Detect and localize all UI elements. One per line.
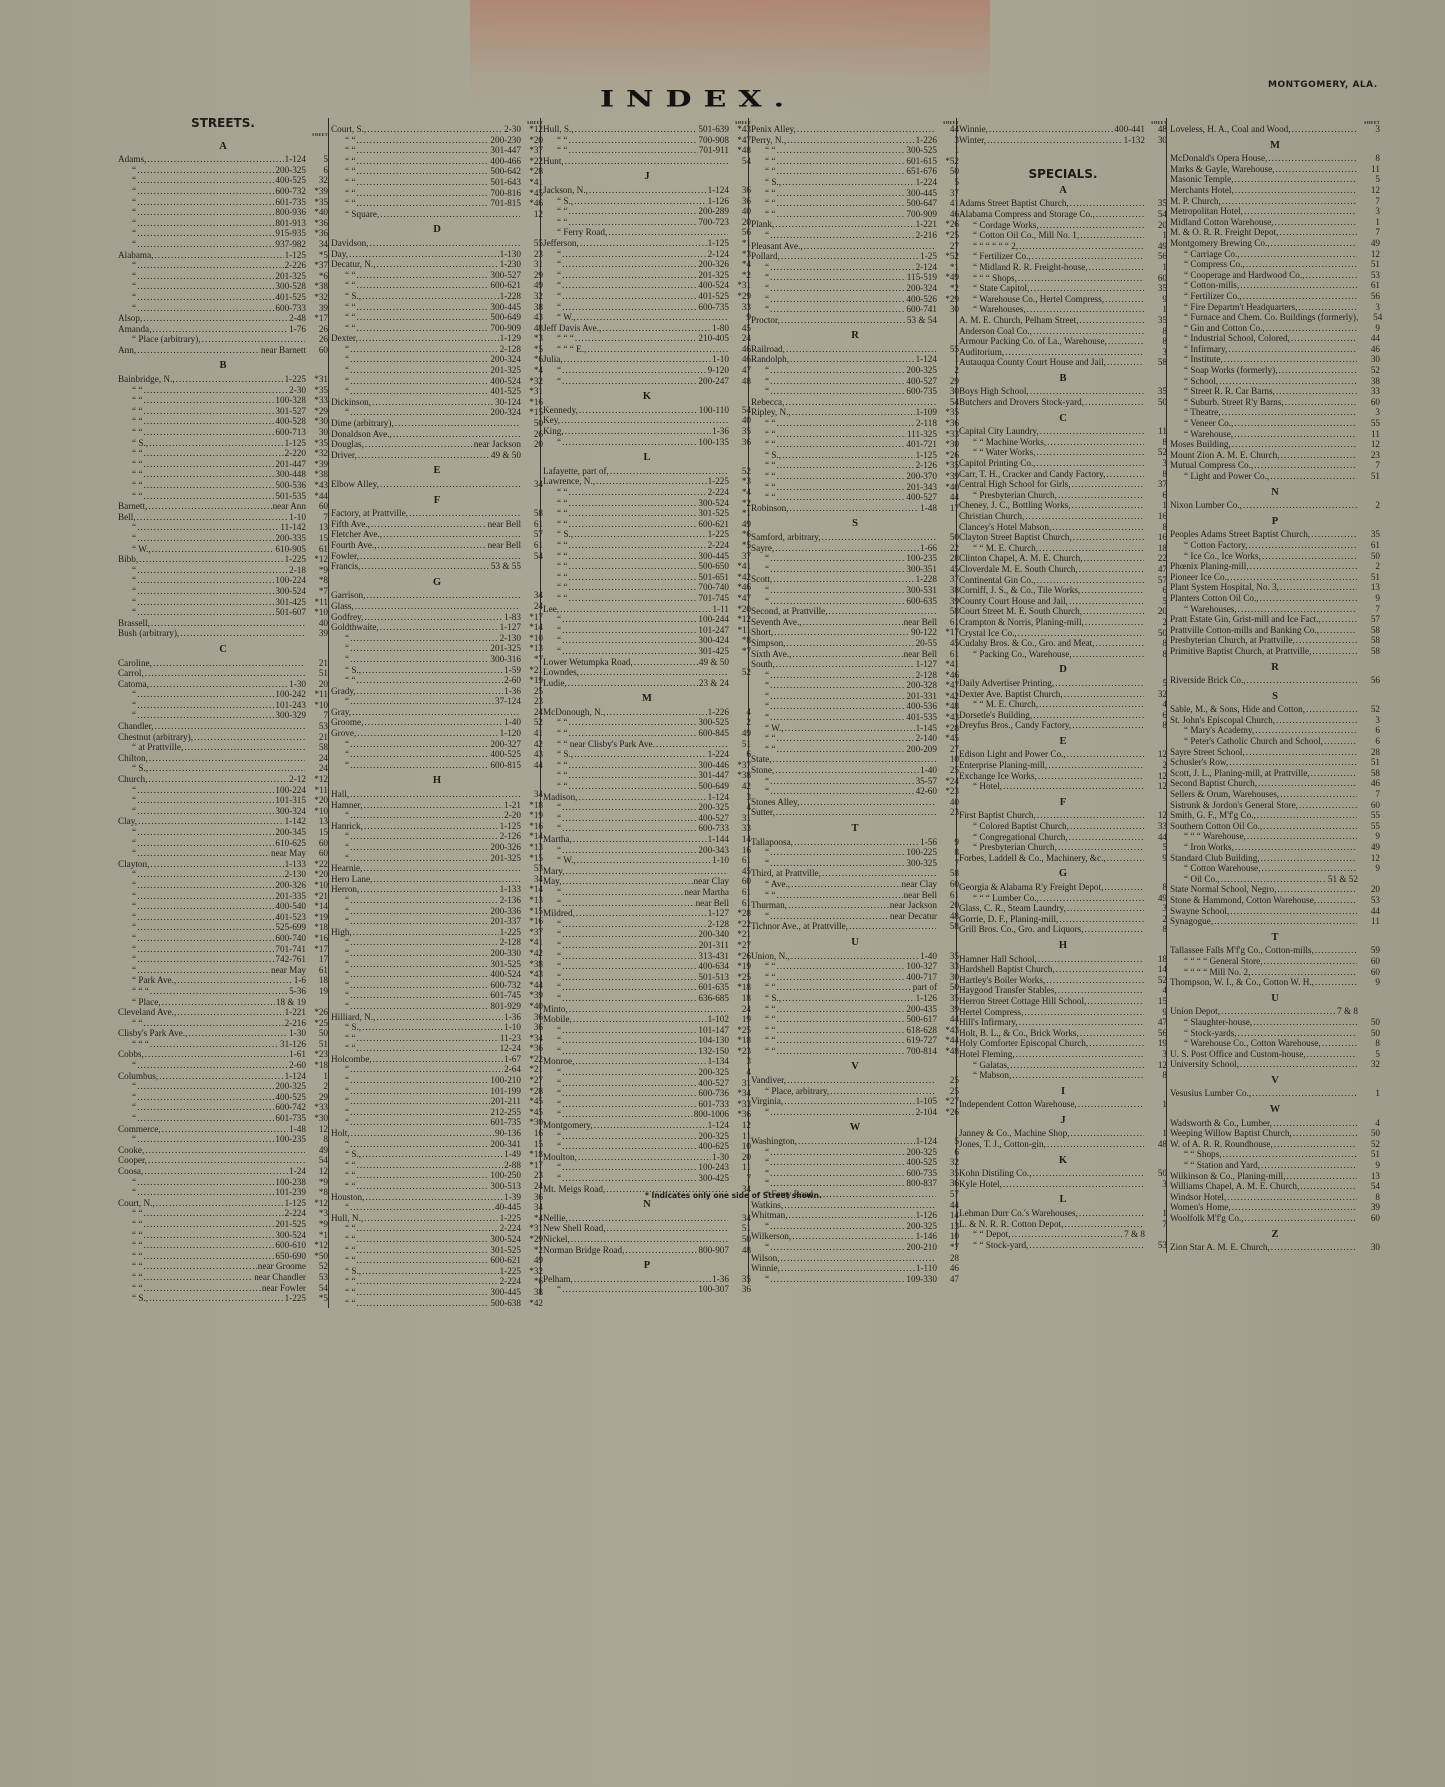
leader-dots — [776, 744, 905, 755]
index-row: “201-325*13 — [331, 643, 543, 654]
entry-name: Gorrie, D. F., Planing-mill, — [959, 914, 1058, 925]
entry-name: “ “ — [118, 406, 142, 417]
sheet-number: 44 — [1358, 906, 1380, 917]
entry-name: Wilson, — [751, 1253, 779, 1264]
entry-name: Cooke, — [118, 1145, 144, 1156]
leader-dots — [562, 646, 697, 657]
index-row: “ “500-642*28 — [331, 166, 543, 177]
sheet-number: 15 — [306, 827, 328, 838]
leader-dots — [1273, 1118, 1357, 1129]
leader-dots — [137, 912, 274, 923]
leader-dots — [1235, 174, 1358, 185]
leader-dots — [770, 1147, 905, 1158]
index-row: Clay,1-14213 — [118, 816, 328, 827]
entry-name: “ Place, — [118, 997, 161, 1008]
index-row: Lowndes,52 — [543, 667, 751, 678]
entry-name: “ — [331, 654, 349, 665]
address-range: 600-742 — [275, 1102, 306, 1113]
letter-heading: J — [959, 1116, 1167, 1127]
entry-name: Tallapoosa, — [751, 837, 793, 848]
entry-name: “ — [543, 813, 561, 824]
address-range: 100-238 — [275, 1177, 306, 1188]
index-row: “200-324*2 — [751, 283, 959, 294]
address-range: 2-136 — [500, 895, 521, 906]
index-row: “2-128*5 — [331, 344, 543, 355]
index-row: “ “near Groome52 — [118, 1261, 328, 1272]
index-row: “200-3254 — [543, 1067, 751, 1078]
leader-dots — [1087, 996, 1144, 1007]
index-row: “ Hotel,12 — [959, 781, 1167, 792]
section-heading: STREETS. — [118, 118, 328, 129]
letter-heading: H — [959, 941, 1167, 952]
leader-dots — [776, 492, 905, 503]
entry-name: “ — [331, 853, 349, 864]
leader-dots — [355, 601, 520, 612]
leader-dots — [1030, 386, 1144, 397]
address-range: 2-128 — [500, 344, 521, 355]
entry-name: “ “ — [118, 1018, 142, 1029]
entry-name: “ — [118, 710, 136, 721]
leader-dots — [562, 1025, 697, 1036]
leader-dots — [356, 198, 489, 209]
entry-name: “ — [331, 969, 349, 980]
address-range: 100-135 — [698, 437, 729, 448]
address-range: 132-150 — [698, 1046, 729, 1057]
leader-dots — [356, 302, 489, 313]
sheet-number: *39 — [306, 459, 328, 470]
leader-dots — [562, 919, 706, 930]
index-row: Factory, at Prattville,58 — [331, 508, 543, 519]
letter-heading: B — [959, 374, 1167, 385]
entry-name: “ — [118, 869, 136, 880]
leader-dots — [1030, 283, 1144, 294]
leader-dots — [137, 186, 274, 197]
leader-dots — [574, 196, 706, 207]
address-range: 1-228 — [916, 574, 937, 585]
entry-name: “ “ “ “ General Store, — [1170, 956, 1263, 967]
sheet-number — [1358, 874, 1380, 885]
leader-dots — [1280, 450, 1357, 461]
leader-dots — [789, 1210, 915, 1221]
leader-dots — [1271, 238, 1357, 249]
leader-dots — [562, 302, 697, 313]
entry-name: “ S., — [543, 529, 573, 540]
address-range: 2-130 — [500, 633, 521, 644]
leader-dots — [562, 270, 697, 281]
index-row: McDonough, N.,1-2264 — [543, 707, 751, 718]
index-row: “201-331*42 — [751, 691, 959, 702]
address-range: 1-125 — [708, 238, 729, 249]
leader-dots — [380, 479, 520, 490]
index-row: “200-34316 — [543, 845, 751, 856]
leader-dots — [568, 551, 697, 562]
index-row: “115-519*49 — [751, 272, 959, 283]
entry-name: “ “ — [751, 1014, 775, 1025]
index-row: “9-12047 — [543, 365, 751, 376]
sheet-number: 60 — [306, 345, 328, 356]
leader-dots — [360, 884, 498, 895]
entry-name: “ “ Station and Yard, — [1170, 1160, 1260, 1171]
index-row: “ S.,1-125*35 — [118, 438, 328, 449]
leader-dots — [1073, 649, 1144, 660]
index-row: “100-242*11 — [118, 689, 328, 700]
entry-name: “ Theatre, — [1170, 407, 1221, 418]
entry-name: Gray, — [331, 707, 351, 718]
entry-name: “ — [118, 586, 136, 597]
index-row: Minto,24 — [543, 1004, 751, 1015]
leader-dots — [350, 365, 489, 376]
address-range: 1-225 — [708, 476, 729, 487]
letter-heading: U — [1170, 994, 1380, 1005]
index-row: “ “300-44537 — [543, 551, 751, 562]
entry-name: “ — [118, 1092, 136, 1103]
leader-dots — [1039, 699, 1144, 710]
entry-name: “ — [331, 906, 349, 917]
entry-name: U. S. Post Office and Custom-house, — [1170, 1049, 1306, 1060]
index-row: “600-73530 — [751, 386, 959, 397]
leader-dots — [797, 124, 936, 135]
leader-dots — [1047, 1139, 1144, 1150]
index-row: Mobile,1-10219 — [543, 1014, 751, 1025]
address-range: 1-226 — [916, 135, 937, 146]
index-row: “ S.,1-225*6 — [543, 529, 751, 540]
leader-dots — [573, 1014, 707, 1025]
entry-name: Thurman, — [751, 900, 787, 911]
index-row: Presbyterian Church, at Prattville,58 — [1170, 635, 1380, 646]
leader-dots — [1234, 418, 1357, 429]
address-range: 11-23 — [500, 1033, 521, 1044]
leader-dots — [566, 866, 728, 877]
streets-column-2: SHEETCourt, S.,2-30*12“ “200-230*20“ “30… — [328, 118, 543, 1308]
index-row: Barnett,near Ann60 — [118, 501, 328, 512]
sheet-number: 13 — [306, 522, 328, 533]
sheet-number: 51 — [1358, 757, 1380, 768]
leader-dots — [579, 405, 698, 416]
index-row: “ Compress Co.,51 — [1170, 259, 1380, 270]
index-row: Jackson, N.,1-12436 — [543, 185, 751, 196]
index-row: “200-3256 — [118, 165, 328, 176]
entry-name: “ — [118, 228, 136, 239]
entry-name: “ “ — [751, 418, 775, 429]
leader-dots — [770, 1178, 905, 1189]
index-row: Simpson,20-5545 — [751, 638, 959, 649]
leader-dots — [367, 124, 503, 135]
index-row: “610-62560 — [118, 838, 328, 849]
sheet-number: 16 — [1145, 511, 1167, 522]
leader-dots — [137, 869, 283, 880]
entry-name: “ “ — [331, 675, 355, 686]
index-row: Montgomery,1-12412 — [543, 1120, 751, 1131]
leader-dots — [364, 717, 503, 728]
index-row: Holt,90-13616 — [331, 1128, 543, 1139]
leader-dots — [776, 1004, 905, 1015]
entry-name: Monroe, — [543, 1056, 574, 1067]
address-range: 1-36 — [712, 426, 729, 437]
index-row: Winter,1-13230 — [959, 135, 1167, 146]
sheet-number: *3 — [306, 1208, 328, 1219]
entry-name: “ S., — [751, 177, 781, 188]
leader-dots — [1317, 895, 1357, 906]
sheet-number: 52 — [1358, 704, 1380, 715]
entry-name: Houston, — [331, 1192, 364, 1203]
address-range: 2-226 — [285, 260, 306, 271]
index-row: “ “ near Clisby's Park Ave.51 — [543, 739, 751, 750]
entry-name: “ “ — [331, 1043, 355, 1054]
entry-name: “ — [331, 760, 349, 771]
index-row: Dime (arbitrary),50 — [331, 418, 543, 429]
sheet-number: *5 — [306, 250, 328, 261]
leader-dots — [587, 344, 728, 355]
leader-dots — [184, 742, 305, 753]
entry-name: “ “ — [118, 427, 142, 438]
index-row: Kennedy,100-11054 — [543, 405, 751, 416]
entry-name: “ Warehouse, — [1170, 429, 1233, 440]
leader-dots — [562, 845, 697, 856]
sheet-number: 47 — [1145, 1017, 1167, 1028]
index-row: M. P. Church,7 — [1170, 196, 1380, 207]
index-row: Holcombe,1-67*22 — [331, 1054, 543, 1065]
entry-name: “ — [331, 407, 349, 418]
address-range: 400-441 — [1114, 124, 1145, 135]
index-row: Butchers and Drovers Stock-yard,50 — [959, 397, 1167, 408]
index-row: Janney & Co., Machine Shop,1 — [959, 1128, 1167, 1139]
index-row: Union, N.,1-4035 — [751, 951, 959, 962]
index-row: Wilson,28 — [751, 1253, 959, 1264]
address-range: 1-25 — [920, 251, 937, 262]
address-range: 109-330 — [906, 1274, 937, 1285]
entry-name: “ Oil Co., — [1170, 874, 1220, 885]
section-heading: SPECIALS. — [959, 169, 1167, 180]
sheet-number: 61 — [1358, 280, 1380, 291]
sheet-number: 33 — [1358, 386, 1380, 397]
sheet-number: *36 — [306, 228, 328, 239]
index-row: Madison,1-1243 — [543, 792, 751, 803]
address-range: 2-126 — [916, 460, 937, 471]
sheet-number: 8 — [1145, 469, 1167, 480]
entry-name: Scott, — [751, 574, 772, 585]
entry-name: McDonough, N., — [543, 707, 605, 718]
leader-dots — [1047, 437, 1144, 448]
entry-name: “ Gin and Cotton Co., — [1170, 323, 1265, 334]
sheet-number: 61 — [1358, 540, 1380, 551]
sheet-number: 54 — [1358, 1181, 1380, 1192]
sheet-number: 40 — [306, 618, 328, 629]
entry-name: Grill Bros. Co., Gro. and Liquors, — [959, 924, 1084, 935]
index-row: Glass,24 — [331, 601, 543, 612]
leader-dots — [568, 540, 706, 551]
index-row: “ Square,12 — [331, 209, 543, 220]
sheet-number: 35 — [1145, 198, 1167, 209]
address-range: 1-125 — [500, 821, 521, 832]
index-row: “ S.,1-49*18 — [331, 1149, 543, 1160]
entry-name: “ — [331, 1096, 349, 1107]
entry-name: “ — [118, 1134, 136, 1145]
index-row: Edison Light and Power Co.,12 — [959, 749, 1167, 760]
sheet-number: 5 — [1145, 596, 1167, 607]
index-row: “201-325*15 — [331, 853, 543, 864]
leader-dots — [1322, 1038, 1357, 1049]
leader-dots — [143, 459, 274, 470]
entry-name: “ — [751, 847, 769, 858]
index-row: “601-745*39 — [331, 990, 543, 1001]
index-row: Chandler,53 — [118, 721, 328, 732]
entry-name: Winter, — [959, 135, 986, 146]
entry-name: Key, — [543, 415, 560, 426]
index-row: Court, S.,2-30*12 — [331, 124, 543, 135]
entry-name: “ “ — [118, 1272, 142, 1283]
index-row: Windsor Hotel,8 — [1170, 1192, 1380, 1203]
leader-dots — [365, 1192, 503, 1203]
entry-name: “ — [751, 1107, 769, 1118]
sheet-number: 2 — [1358, 500, 1380, 511]
entry-name: “ “ — [118, 469, 142, 480]
entry-name: “ — [118, 1113, 136, 1124]
index-row: “near May60 — [118, 848, 328, 859]
address-range: 200-325 — [275, 1081, 306, 1092]
index-row: “ “600-62149 — [331, 280, 543, 291]
sheet-number: *10 — [306, 880, 328, 891]
index-row: “ “300-44538 — [331, 1287, 543, 1298]
letter-heading: R — [751, 331, 959, 342]
address-range: 1-124 — [708, 792, 729, 803]
entry-name: Anderson Coal Co., — [959, 326, 1032, 337]
index-row: “ “2-60*19 — [331, 675, 543, 686]
entry-name: “ “ — [331, 1276, 355, 1287]
leader-dots — [816, 1189, 936, 1200]
index-row: “ “400-71730 — [751, 972, 959, 983]
index-row: “300-316*7 — [331, 654, 543, 665]
leader-dots — [770, 786, 914, 797]
leader-dots — [370, 238, 520, 249]
entry-name: “ “ — [751, 744, 775, 755]
address-range: 801-913 — [275, 218, 306, 229]
entry-name: “ “ Depot, — [959, 1229, 1011, 1240]
leader-dots — [770, 1168, 905, 1179]
address-range: 400-527 — [698, 813, 729, 824]
entry-name: Francis, — [331, 561, 360, 572]
entry-name: “ “ — [751, 492, 775, 503]
entry-name: Zion Star A. M. E. Church, — [1170, 1242, 1270, 1253]
entry-name: Enterprise Planing-mill, — [959, 760, 1047, 771]
leader-dots — [774, 627, 910, 638]
leader-dots — [1245, 1213, 1357, 1224]
address-range: 1-56 — [920, 837, 937, 848]
leader-dots — [350, 407, 489, 418]
entry-name: “ “ — [331, 323, 355, 334]
address-range: 301-425 — [275, 597, 306, 608]
leader-dots — [773, 574, 914, 585]
sheet-number: *37 — [306, 260, 328, 271]
entry-name: “ — [331, 980, 349, 991]
entry-name: “ Carriage Co., — [1170, 249, 1240, 260]
entry-name: Tallassee Falls M'f'g Co., Cotton-mills, — [1170, 945, 1314, 956]
entry-name: Hardshell Baptist Church, — [959, 964, 1055, 975]
leader-dots — [849, 921, 936, 932]
entry-name: “ — [118, 175, 136, 186]
index-row: “ “ “ “ “ “ 2,49 — [959, 241, 1167, 252]
leader-dots — [137, 785, 274, 796]
entry-name: “ W., — [543, 855, 576, 866]
sheet-number: *33 — [306, 395, 328, 406]
leader-dots — [1243, 500, 1357, 511]
address-range: 1-133 — [500, 884, 521, 895]
address-range: 300-351 — [906, 564, 937, 575]
sheet-number: 56 — [1358, 675, 1380, 686]
letter-heading: E — [331, 466, 543, 477]
index-row: Adams Street Baptist Church,35 — [959, 198, 1167, 209]
index-row: McDonald's Opera House,8 — [1170, 153, 1380, 164]
entry-name: “ S., — [751, 450, 781, 461]
index-row: “near Bell61 — [543, 898, 751, 909]
entry-name: “ “ — [751, 733, 775, 744]
entry-name: “ “ — [331, 198, 355, 209]
leader-dots — [350, 1086, 489, 1097]
leader-dots — [371, 519, 487, 530]
address-range: 200-326 — [275, 880, 306, 891]
leader-dots — [1222, 407, 1357, 418]
entry-name: Cleveland Ave., — [118, 1007, 176, 1018]
entry-name: “ “ “ — [543, 333, 574, 344]
sheet-number: 8 — [1358, 153, 1380, 164]
entry-name: Jackson, N., — [543, 185, 588, 196]
address-range: 210-405 — [698, 333, 729, 344]
address-range: 201-325 — [698, 270, 729, 281]
entry-name: “ — [751, 564, 769, 575]
index-row: “ Gin and Cotton Co.,9 — [1170, 323, 1380, 334]
index-row: Thurman,near Jackson20 — [751, 900, 959, 911]
address-range: 1-83 — [504, 612, 521, 623]
leader-dots — [596, 476, 707, 487]
entry-name: “ — [543, 887, 561, 898]
sheet-number: 28 — [1358, 747, 1380, 758]
leader-dots — [362, 1149, 503, 1160]
entry-name: “ “ M. E. Church, — [959, 699, 1038, 710]
entry-name: Clancey's Hotel Mabson, — [959, 522, 1051, 533]
entry-name: Herron Street Cottage Hill School, — [959, 996, 1086, 1007]
address-range: 313-431 — [698, 951, 729, 962]
index-row: Groome,1-4052 — [331, 717, 543, 728]
index-row: “ Galatas,12 — [959, 1060, 1167, 1071]
entry-name: Mt. Meigs Road, — [543, 1184, 605, 1195]
address-range: 400-540 — [275, 901, 306, 912]
leader-dots — [143, 385, 288, 396]
entry-name: “ — [751, 553, 769, 564]
leader-dots — [349, 249, 499, 260]
index-row: Caroline,21 — [118, 658, 328, 669]
sheet-number: 55 — [1358, 821, 1380, 832]
leader-dots — [1230, 906, 1357, 917]
index-row: Goldthwaite,1-127*14 — [331, 622, 543, 633]
address-range: near Ann — [273, 501, 306, 512]
index-row: Hilliard, N.,1-3636 — [331, 1012, 543, 1023]
entry-name: “ — [543, 802, 561, 813]
leader-dots — [1311, 529, 1357, 540]
index-row: “201-335*21 — [118, 891, 328, 902]
leader-dots — [770, 1242, 905, 1253]
entry-name: “ Ave., — [751, 879, 790, 890]
index-row: Cloverdale M. E. South Church,47 — [959, 564, 1167, 575]
entry-name: “ “ — [543, 487, 567, 498]
sheet-number: 9 — [1145, 853, 1167, 864]
sheet-number: *12 — [306, 774, 328, 785]
leader-dots — [350, 1117, 489, 1128]
index-row: Herron Street Cottage Hill School,15 — [959, 996, 1167, 1007]
index-row: Lafayette, part of,52 — [543, 466, 751, 477]
entry-name: “ — [118, 533, 136, 544]
sheet-number: 53 — [306, 721, 328, 732]
leader-dots — [562, 259, 697, 270]
address-range: 1-59 — [504, 665, 521, 676]
